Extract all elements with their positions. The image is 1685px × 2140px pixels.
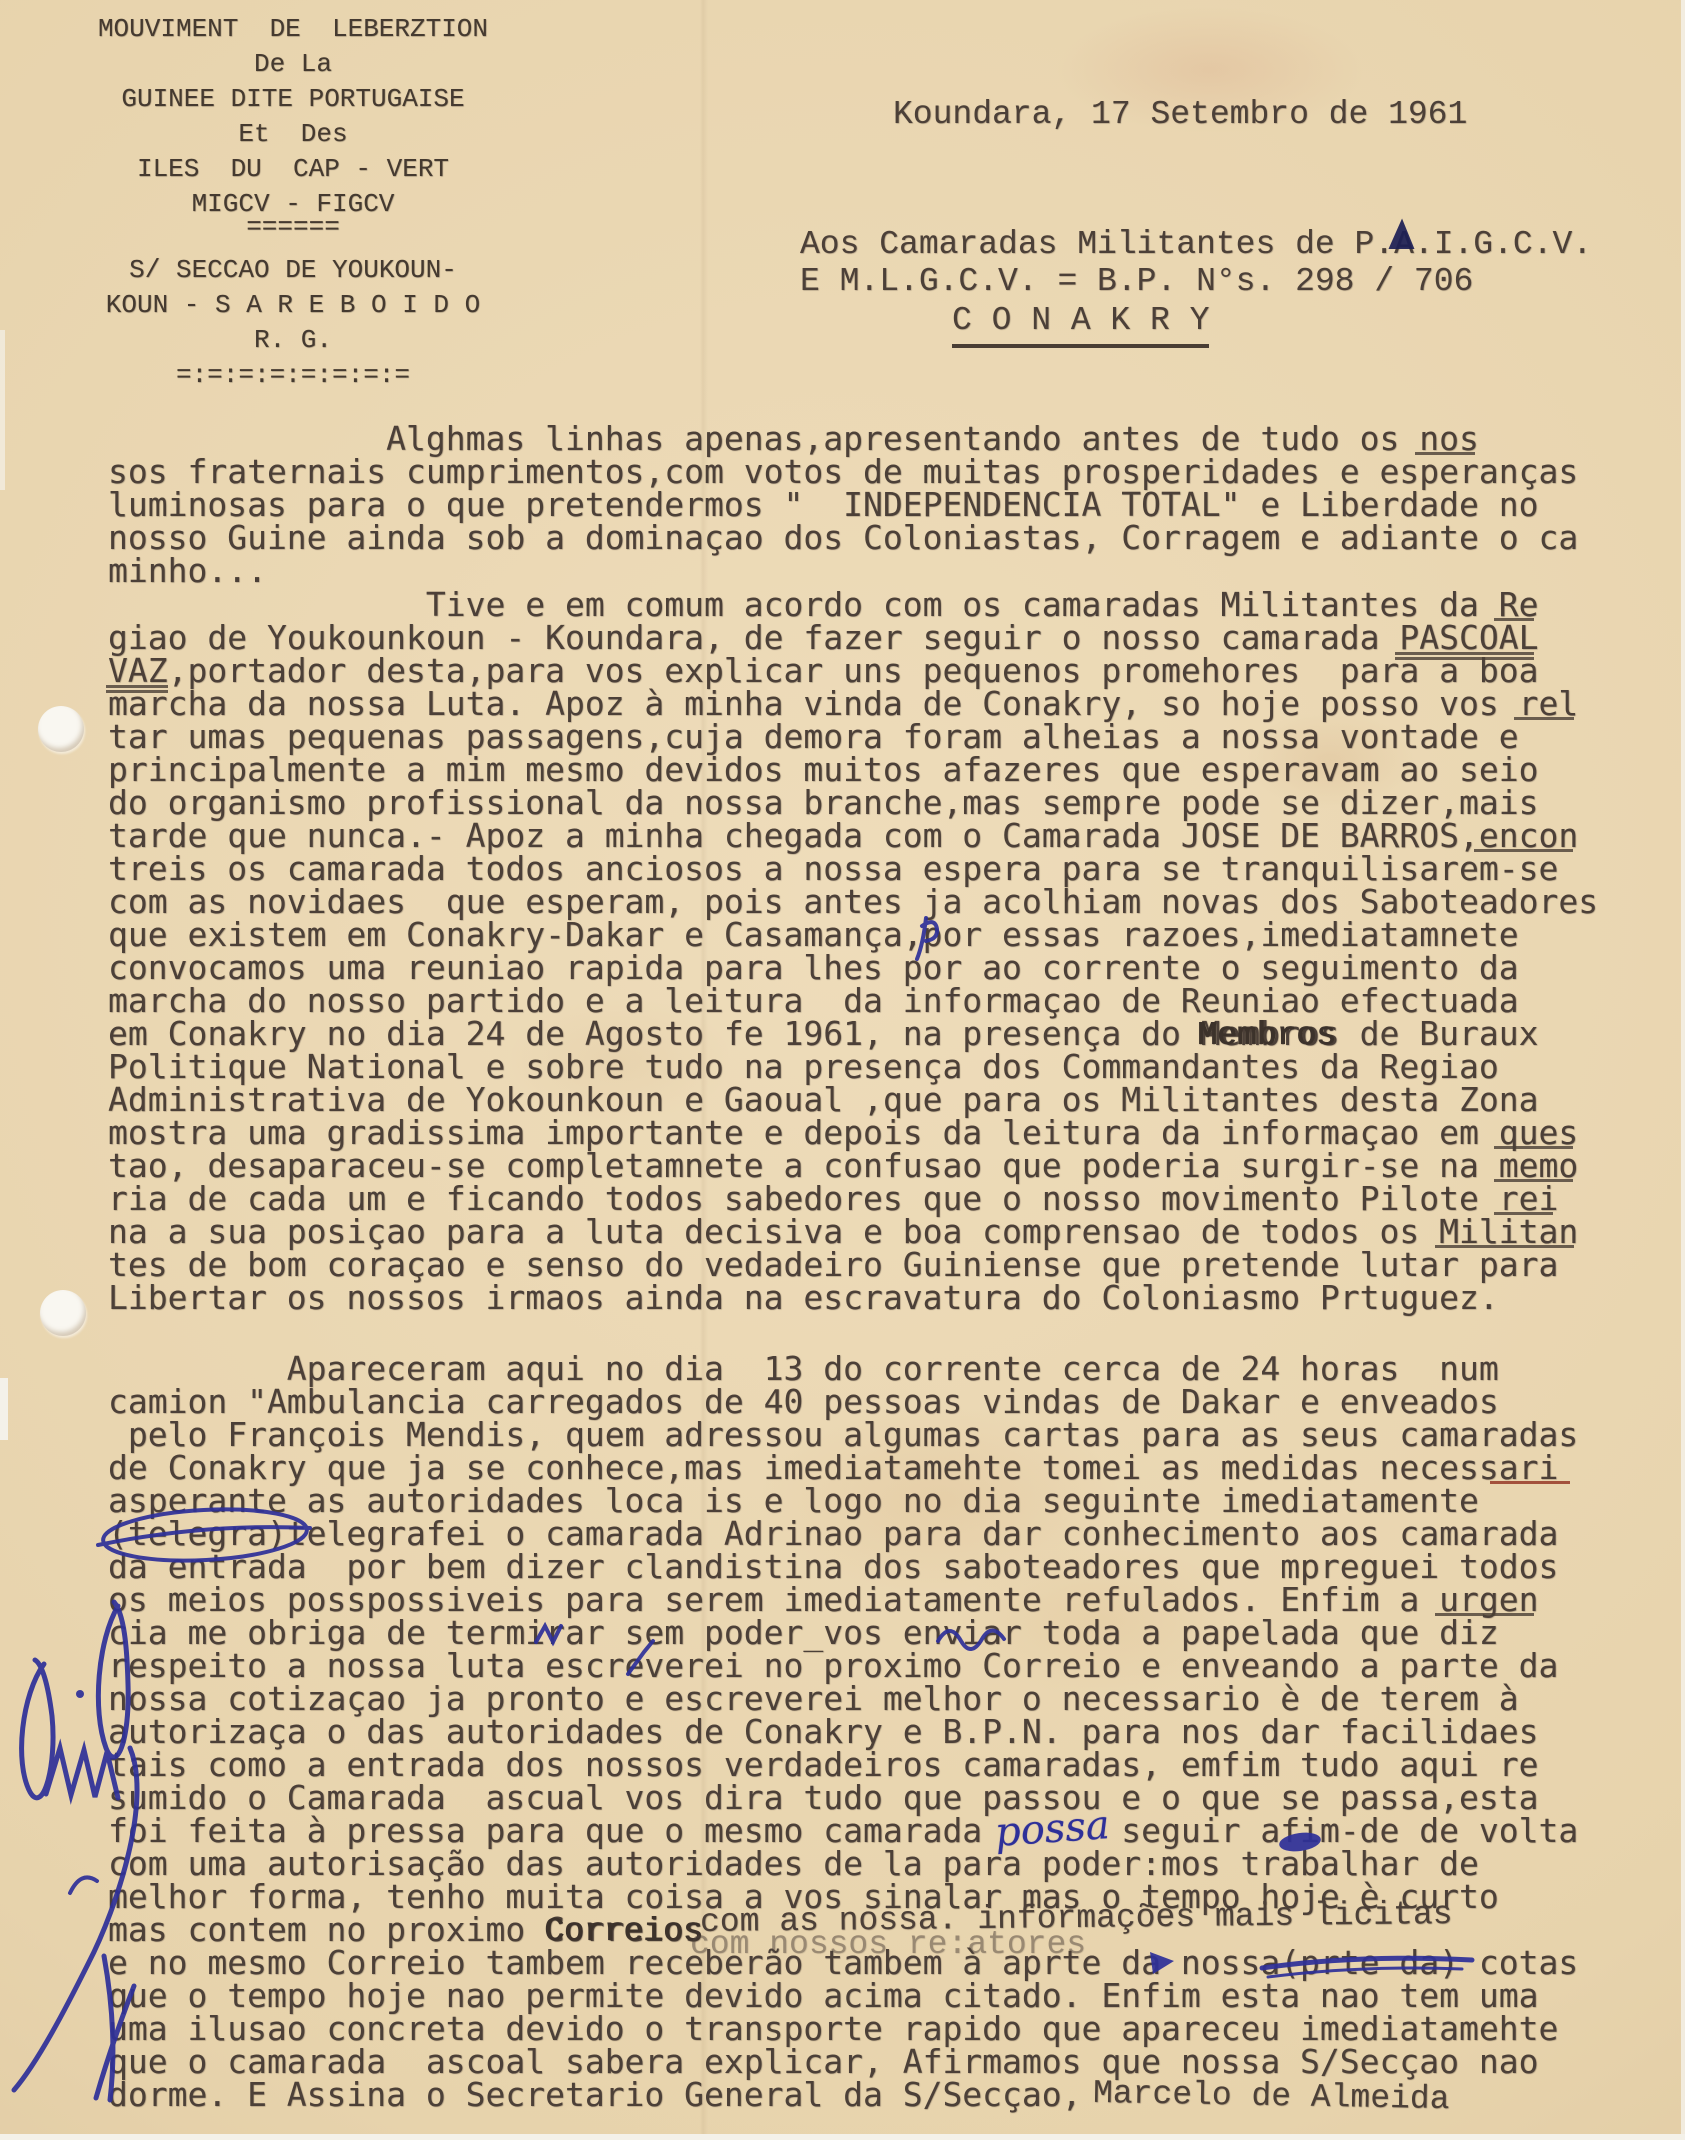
handwritten-possa: possa bbox=[994, 1802, 1112, 1856]
typed-underline-red bbox=[1490, 1481, 1570, 1484]
dateline: Koundara, 17 Setembro de 1961 bbox=[893, 96, 1467, 133]
bold-overstrike-correios: Correios bbox=[544, 1913, 702, 1950]
scan-edge bbox=[1681, 0, 1685, 2140]
letterhead-line: S/ SECCAO DE YOUKOUN- bbox=[78, 253, 508, 288]
letterhead-separator: =:=:=:=:=:=:=:= bbox=[78, 358, 508, 393]
scan-edge bbox=[0, 2134, 1685, 2140]
letterhead-line: Et Des bbox=[78, 117, 508, 152]
scanned-letter: { "letterhead": { "lines": [ "MOUVIMENT … bbox=[0, 0, 1685, 2140]
scan-edge bbox=[0, 1378, 8, 1440]
overtype-line-b: com nossos re:atores bbox=[690, 1926, 1086, 1963]
letterhead-line: ILES DU CAP - VERT bbox=[78, 152, 508, 187]
typed-underline bbox=[106, 690, 168, 693]
pen-correction-mark bbox=[70, 1877, 97, 1893]
typed-underline bbox=[106, 685, 168, 688]
typed-underline bbox=[1435, 1613, 1534, 1616]
body-paragraph-1: Alghmas linhas apenas,apresentando antes… bbox=[108, 422, 1578, 587]
body-paragraph-3: Apareceram aqui no dia 13 do corrente ce… bbox=[108, 1352, 1578, 2111]
typed-underline bbox=[1395, 652, 1534, 655]
letterhead-separator: ====== bbox=[78, 210, 508, 245]
punch-hole bbox=[40, 1290, 86, 1336]
scan-edge bbox=[0, 330, 5, 490]
typed-underline bbox=[1494, 618, 1534, 621]
letterhead-line: R. G. bbox=[78, 323, 508, 358]
recipient-line: Aos Camaradas Militantes de P.A.I.G.C.V. bbox=[800, 226, 1592, 263]
recipient-city: C O N A K R Y bbox=[952, 302, 1209, 339]
bold-overstrike-membros: Membros bbox=[1197, 1017, 1336, 1054]
recipient-line: E M.L.G.C.V. = B.P. N°s. 298 / 706 bbox=[800, 263, 1473, 300]
typed-underline bbox=[1395, 657, 1534, 660]
typed-underline bbox=[1514, 717, 1574, 720]
letterhead-line: MOUVIMENT DE LEBERZTION bbox=[78, 12, 508, 47]
letterhead-line: De La bbox=[78, 47, 508, 82]
letterhead-line: GUINEE DITE PORTUGAISE bbox=[78, 82, 508, 117]
typed-underline bbox=[1415, 452, 1475, 455]
typed-underline bbox=[1435, 1245, 1574, 1248]
typed-underline bbox=[1494, 1179, 1573, 1182]
typed-underline bbox=[1494, 1146, 1573, 1149]
city-underlined: C O N A K R Y bbox=[952, 302, 1209, 348]
body-paragraph-2: Tive e em comum acordo com os camaradas … bbox=[108, 588, 1598, 1314]
signature-name: Marcelo de Almeida bbox=[1093, 2075, 1450, 2118]
typed-underline bbox=[1494, 1212, 1553, 1215]
punch-hole bbox=[38, 706, 84, 752]
typed-underline bbox=[1474, 849, 1573, 852]
letterhead: MOUVIMENT DE LEBERZTION De La GUINEE DIT… bbox=[78, 12, 508, 393]
letter-page: MOUVIMENT DE LEBERZTION De La GUINEE DIT… bbox=[0, 0, 1685, 2140]
letterhead-line: KOUN - S A R E B O I D O bbox=[78, 288, 508, 323]
